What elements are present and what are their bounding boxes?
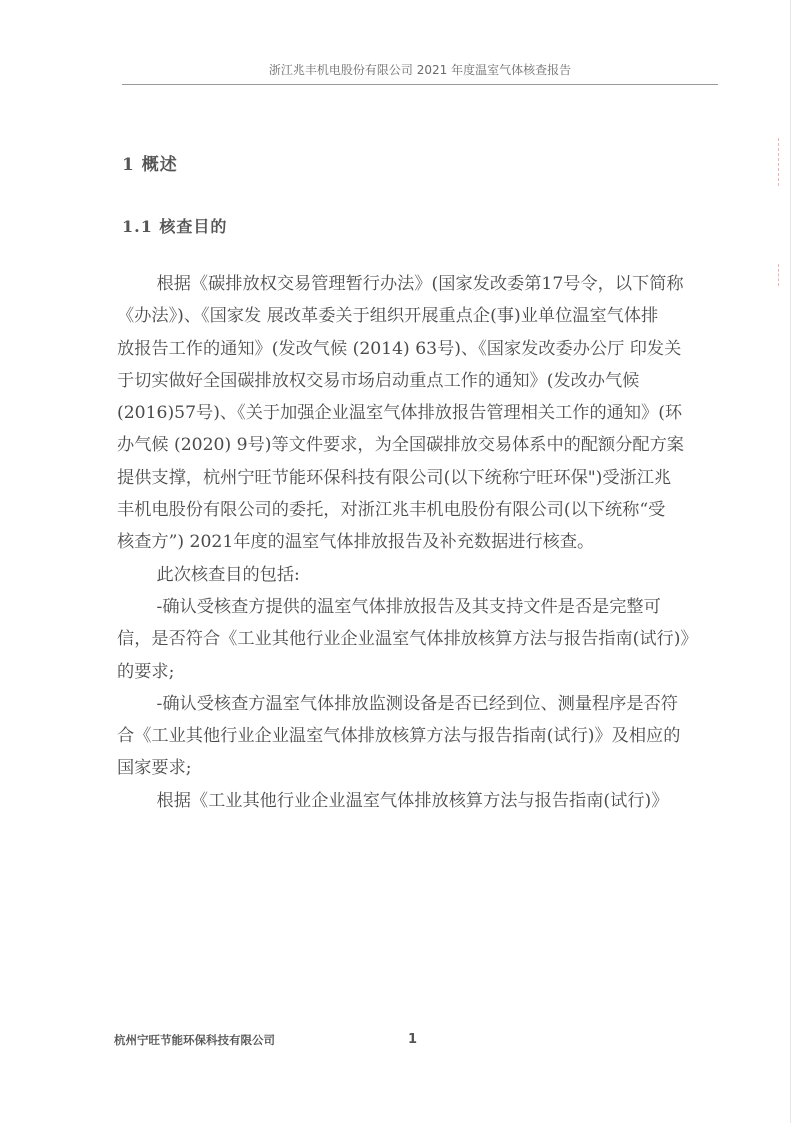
page-edge [790,0,791,1123]
subsection-heading: 1.1 核查目的 [122,214,227,237]
purpose-paragraph: 根据《碳排放权交易管理暂行办法》(国家发改委第17号令，以下简称 《办法》)、《… [117,268,721,559]
objective-item-1: -确认受核查方提供的温室气体排放报告及其支持文件是否是完整可 信，是否符合《工业… [117,591,721,688]
seal-stamp-fragment [778,264,789,286]
text-line: 《办法》)、《国家发 展改革委关于组织开展重点企(事)业单位温室气体排 [117,300,721,332]
section-heading: 1 概述 [122,150,178,175]
text-line: 信，是否符合《工业其他行业企业温室气体排放核算方法与报告指南(试行)》 [117,623,721,655]
text-line: 的要求; [117,656,721,688]
text-line: -确认受核查方温室气体排放监测设备是否已经到位、测量程序是否符 [117,688,721,720]
text-line: 丰机电股份有限公司的委托，对浙江兆丰机电股份有限公司(以下统称“受 [117,494,721,526]
objective-item-2: -确认受核查方温室气体排放监测设备是否已经到位、测量程序是否符 合《工业其他行业… [117,688,721,785]
page-header: 浙江兆丰机电股份有限公司 2021 年度温室气体核查报告 [122,60,718,80]
text-line: 放报告工作的通知》(发改气候 (2014) 63号)、《国家发改委办公厅 印发关 [117,333,721,365]
header-divider [122,84,718,85]
text-line: 于切实做好全国碳排放权交易市场启动重点工作的通知》(发改办气候 [117,365,721,397]
text-line: 核查方”) 2021年度的温室气体排放报告及补充数据进行核查。 [117,526,721,558]
objectives-intro: 此次核查目的包括: [117,559,721,591]
text-line: (2016)57号)、《关于加强企业温室气体排放报告管理相关工作的通知》(环 [117,397,721,429]
text-line: 根据《碳排放权交易管理暂行办法》(国家发改委第17号令，以下简称 [117,268,721,300]
text-line: 合《工业其他行业企业温室气体排放核算方法与报告指南(试行)》及相应的 [117,720,721,752]
text-line: -确认受核查方提供的温室气体排放报告及其支持文件是否是完整可 [117,591,721,623]
footer-company: 杭州宁旺节能环保科技有限公司 [114,1032,275,1048]
text-line: 办气候 (2020) 9号)等文件要求，为全国碳排放交易体系中的配额分配方案 [117,429,721,461]
text-line: 根据《工业其他行业企业温室气体排放核算方法与报告指南(试行)》 [117,785,721,817]
text-line: 提供支撑，杭州宁旺节能环保科技有限公司(以下统称宁旺环保")受浙江兆 [117,462,721,494]
seal-stamp-fragment [778,138,789,186]
text-line: 国家要求; [117,752,721,784]
page-number: 1 [408,1032,417,1047]
document-body: 根据《碳排放权交易管理暂行办法》(国家发改委第17号令，以下简称 《办法》)、《… [117,268,721,817]
